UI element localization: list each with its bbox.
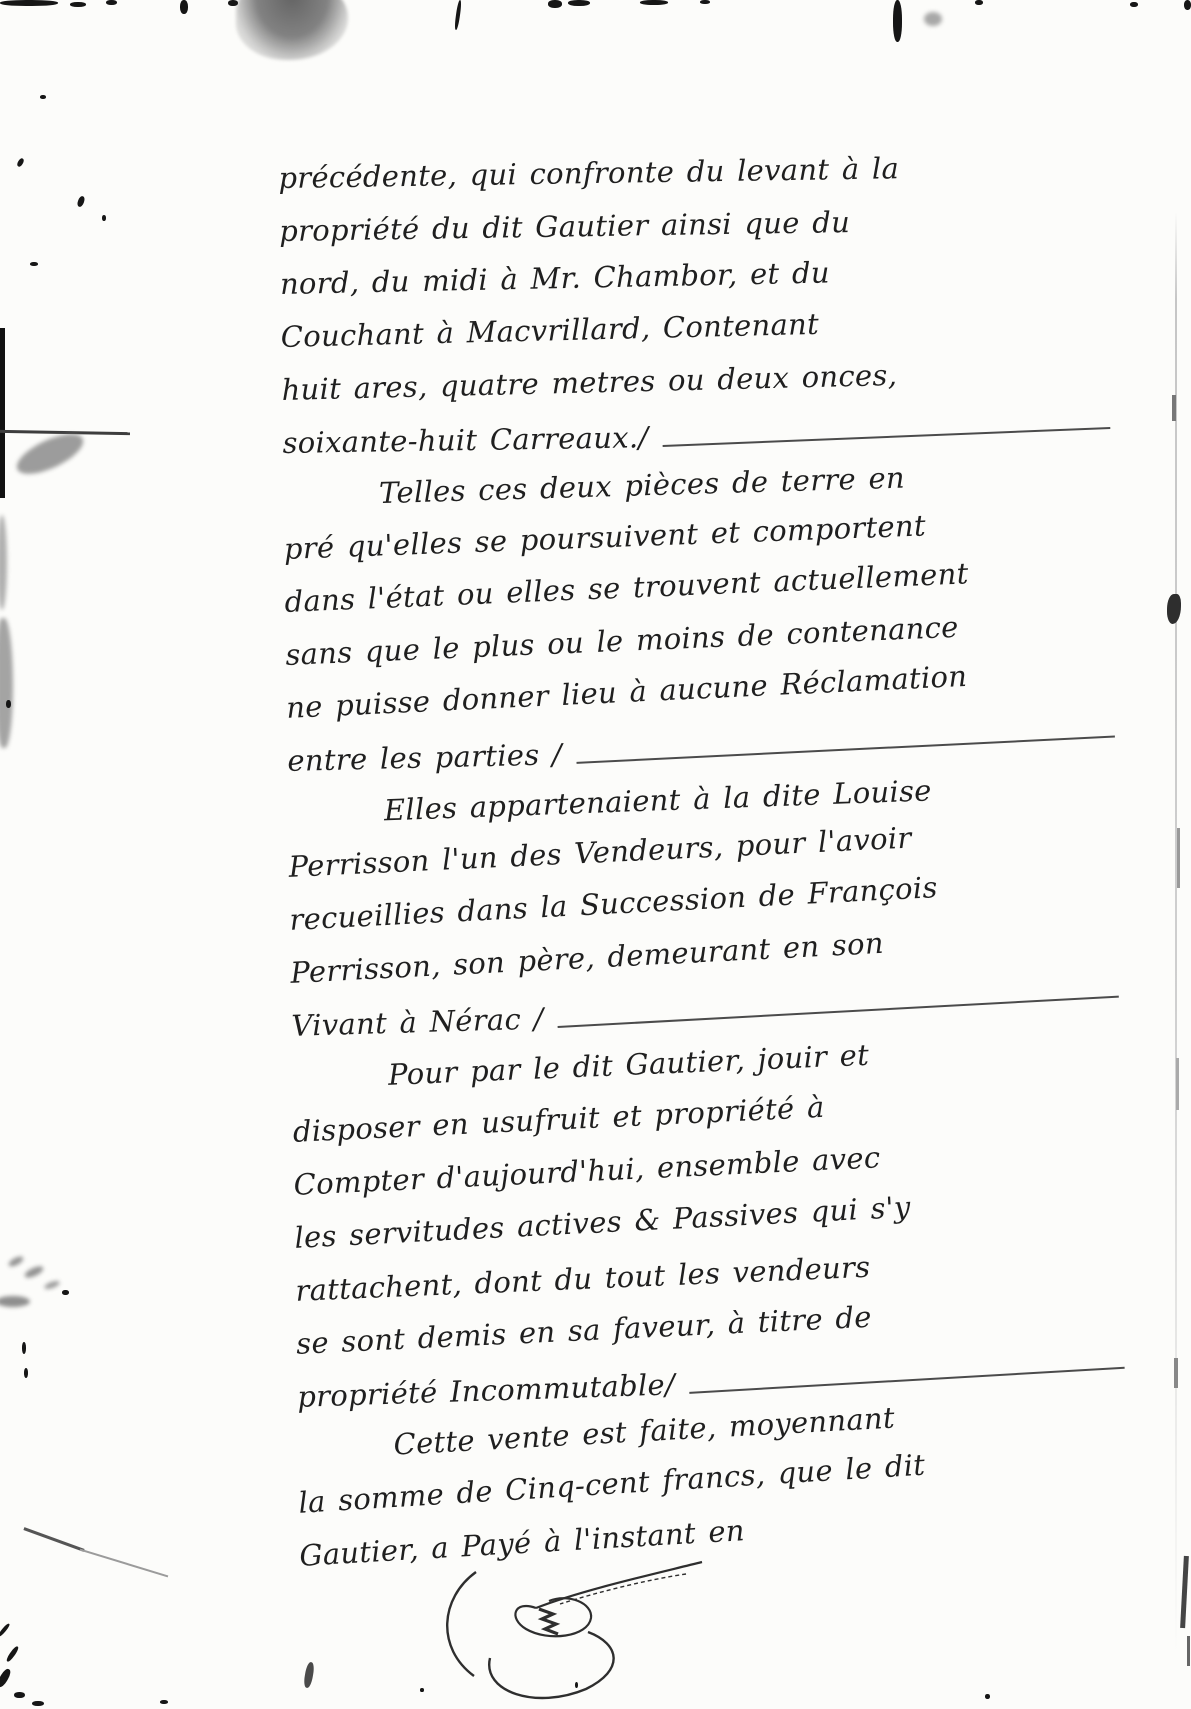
- corner-hatch: [5, 1645, 19, 1663]
- edge-speck: [1130, 2, 1138, 7]
- notary-paraph-flourish-icon: [418, 1552, 718, 1707]
- margin-speck: [40, 95, 46, 99]
- margin-speck: [76, 195, 85, 207]
- manuscript-line-text: précédente, qui confronte du levant à la: [278, 142, 899, 205]
- edge-speck: [228, 0, 238, 6]
- corner-hatch: [32, 1701, 44, 1706]
- edge-speck: [454, 0, 462, 30]
- edge-smudge: [11, 426, 88, 482]
- corner-hatch: [0, 1623, 11, 1638]
- pencil-line-bottom-left: [23, 1527, 84, 1552]
- edge-speck: [106, 0, 117, 5]
- edge-speck: [0, 0, 58, 6]
- margin-speck: [6, 700, 11, 708]
- page-crease-line-icon: [1175, 212, 1177, 1657]
- corner-hatch: [14, 1692, 25, 1698]
- handwritten-text-block: précédente, qui confronte du levant à la…: [278, 139, 1128, 1583]
- edge-speck: [70, 2, 86, 7]
- crease-mark: [1177, 828, 1180, 888]
- edge-smudge: [924, 12, 942, 26]
- margin-speck: [23, 1264, 45, 1280]
- edge-speck: [180, 0, 188, 14]
- crease-mark: [1174, 1358, 1178, 1388]
- manuscript-page: précédente, qui confronte du levant à la…: [0, 0, 1191, 1709]
- crease-mark: [1180, 1556, 1189, 1628]
- margin-speck: [102, 215, 106, 221]
- crease-mark: [1176, 1058, 1179, 1110]
- margin-speck: [43, 1279, 60, 1290]
- edge-smudge: [0, 618, 13, 748]
- edge-speck: [640, 0, 668, 5]
- crease-mark: [1167, 594, 1181, 624]
- corner-hatch: [0, 1667, 12, 1688]
- crease-mark: [1172, 395, 1176, 421]
- edge-speck: [303, 1662, 315, 1689]
- margin-speck: [0, 1296, 30, 1307]
- crease-mark: [1187, 1636, 1190, 1666]
- paragraph-end-rule: [663, 427, 1111, 447]
- ink-stain-top-icon: [236, 0, 348, 60]
- edge-speck: [893, 0, 902, 42]
- margin-speck: [7, 1255, 24, 1269]
- edge-speck: [1184, 0, 1191, 10]
- margin-speck: [16, 157, 25, 167]
- margin-speck: [62, 1290, 69, 1295]
- edge-speck: [975, 0, 983, 5]
- edge-smudge: [0, 515, 7, 610]
- margin-speck: [30, 262, 38, 266]
- margin-speck: [22, 1342, 26, 1354]
- edge-speck: [700, 0, 710, 4]
- margin-speck: [24, 1368, 28, 1378]
- edge-speck: [985, 1694, 990, 1699]
- fold-bar-left: [0, 328, 5, 498]
- edge-speck: [160, 1700, 168, 1704]
- edge-speck: [568, 0, 590, 6]
- pencil-line-bottom-left: [80, 1549, 169, 1578]
- edge-speck: [548, 0, 562, 8]
